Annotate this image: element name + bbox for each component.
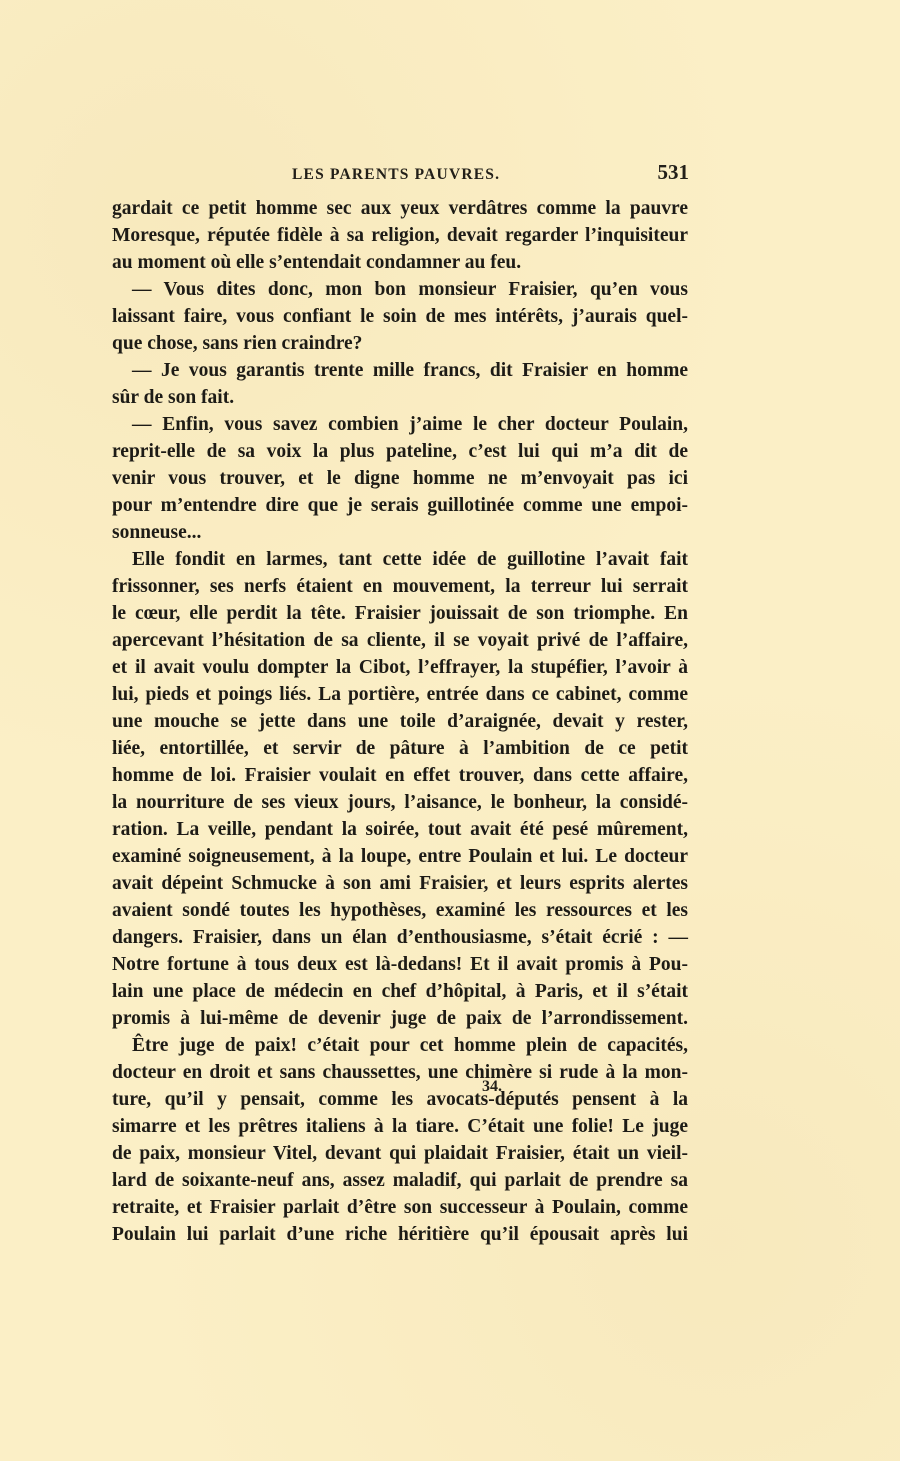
text-line: et il avait voulu dompter la Cibot, l’ef…	[112, 654, 688, 681]
text-line: Moresque, réputée fidèle à sa religion, …	[112, 222, 688, 249]
text-line: — Enfin, vous savez combien j’aime le ch…	[112, 411, 688, 438]
text-line: avaient sondé toutes les hypothèses, exa…	[112, 897, 688, 924]
text-line: retraite, et Fraisier parlait d’être son…	[112, 1194, 688, 1221]
running-title: LES PARENTS PAUVRES.	[292, 166, 500, 184]
text-line: ration. La veille, pendant la soirée, to…	[112, 816, 688, 843]
text-line: de paix, monsieur Vitel, devant qui plai…	[112, 1140, 688, 1167]
text-line: Elle fondit en larmes, tant cette idée d…	[112, 546, 688, 573]
text-line: docteur en droit et sans chaussettes, un…	[112, 1059, 688, 1086]
text-line: frissonner, ses nerfs étaient en mouveme…	[112, 573, 688, 600]
text-line: reprit-elle de sa voix la plus pateline,…	[112, 438, 688, 465]
text-line: examiné soigneusement, à la loupe, entre…	[112, 843, 688, 870]
text-line: que chose, sans rien craindre?	[112, 330, 688, 357]
text-line: Poulain lui parlait d’une riche héritièr…	[112, 1221, 688, 1248]
text-line: homme de loi. Fraisier voulait en effet …	[112, 762, 688, 789]
text-line: lain une place de médecin en chef d’hôpi…	[112, 978, 688, 1005]
text-line: Notre fortune à tous deux est là-dedans!…	[112, 951, 688, 978]
text-line: laissant faire, vous confiant le soin de…	[112, 303, 688, 330]
text-line: au moment où elle s’entendait condamner …	[112, 249, 688, 276]
text-line: avait dépeint Schmucke à son ami Fraisie…	[112, 870, 688, 897]
text-line: sonneuse...	[112, 519, 688, 546]
text-line: promis à lui-même de devenir juge de pai…	[112, 1005, 688, 1032]
text-line: simarre et les prêtres italiens à la tia…	[112, 1113, 688, 1140]
body-text: gardait ce petit homme sec aux yeux verd…	[112, 195, 688, 1248]
text-line: lui, pieds et poings liés. La portière, …	[112, 681, 688, 708]
text-line: lard de soixante-neuf ans, assez maladif…	[112, 1167, 688, 1194]
book-page: LES PARENTS PAUVRES. 531 gardait ce peti…	[112, 158, 688, 1248]
text-line: ture, qu’il y pensait, comme les avocats…	[112, 1086, 688, 1113]
text-line: gardait ce petit homme sec aux yeux verd…	[112, 195, 688, 222]
text-line: liée, entortillée, et servir de pâture à…	[112, 735, 688, 762]
text-line: — Je vous garantis trente mille francs, …	[112, 357, 688, 384]
text-line: venir vous trouver, et le digne homme ne…	[112, 465, 688, 492]
text-line: sûr de son fait.	[112, 384, 688, 411]
text-line: apercevant l’hésitation de sa cliente, i…	[112, 627, 688, 654]
text-line: une mouche se jette dans une toile d’ara…	[112, 708, 688, 735]
page-number: 531	[658, 160, 690, 185]
text-line: Être juge de paix! c’était pour cet homm…	[112, 1032, 688, 1059]
text-line: pour m’entendre dire que je serais guill…	[112, 492, 688, 519]
signature-mark: 34.	[482, 1078, 502, 1096]
text-line: — Vous dites donc, mon bon monsieur Frai…	[112, 276, 688, 303]
text-line: la nourriture de ses vieux jours, l’aisa…	[112, 789, 688, 816]
text-line: dangers. Fraisier, dans un élan d’enthou…	[112, 924, 688, 951]
running-head: LES PARENTS PAUVRES. 531	[112, 158, 688, 192]
text-line: le cœur, elle perdit la tête. Fraisier j…	[112, 600, 688, 627]
